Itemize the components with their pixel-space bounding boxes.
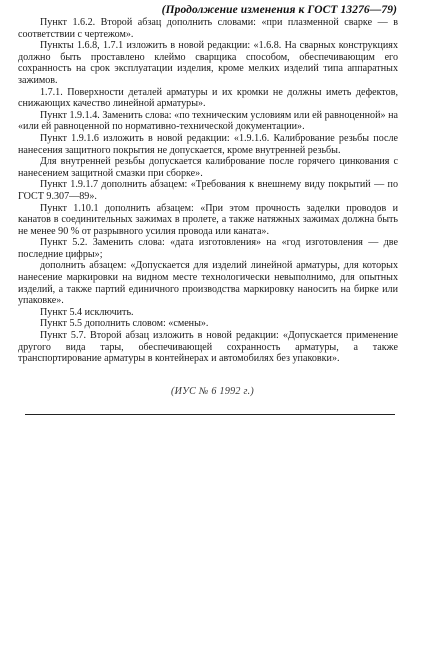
paragraph-1-9-1-6: Пункт 1.9.1.6 изложить в новой редакции:…	[18, 133, 398, 156]
page-header: (Продолжение изменения к ГОСТ 13276—79)	[162, 4, 397, 16]
document-body: Пункт 1.6.2. Второй абзац дополнить слов…	[18, 17, 398, 365]
paragraph-5-4: Пункт 5.4 исключить.	[18, 307, 398, 319]
source-reference: (ИУС № 6 1992 г.)	[0, 386, 425, 397]
paragraph-5-5: Пункт 5.5 дополнить словом: «смены».	[18, 318, 398, 330]
document-page: (Продолжение изменения к ГОСТ 13276—79) …	[0, 0, 425, 649]
paragraph-1-6-2: Пункт 1.6.2. Второй абзац дополнить слов…	[18, 17, 398, 40]
paragraph-5-2: Пункт 5.2. Заменить слова: «дата изготов…	[18, 237, 398, 260]
paragraph-internal-thread: Для внутренней резьбы допускается калибр…	[18, 156, 398, 179]
horizontal-rule	[25, 414, 395, 415]
paragraph-1-7-1: 1.7.1. Поверхности деталей арматуры и их…	[18, 87, 398, 110]
paragraph-5-7: Пункт 5.7. Второй абзац изложить в новой…	[18, 330, 398, 365]
paragraph-1-10-1: Пункт 1.10.1 дополнить абзацем: «При это…	[18, 203, 398, 238]
paragraph-5-2-addition: дополнить абзацем: «Допускается для изде…	[18, 260, 398, 306]
paragraph-1-9-1-7: Пункт 1.9.1.7 дополнить абзацем: «Требов…	[18, 179, 398, 202]
paragraph-1-6-8: Пункты 1.6.8, 1.7.1 изложить в новой ред…	[18, 40, 398, 86]
paragraph-1-9-1-4: Пункт 1.9.1.4. Заменить слова: «по техни…	[18, 110, 398, 133]
